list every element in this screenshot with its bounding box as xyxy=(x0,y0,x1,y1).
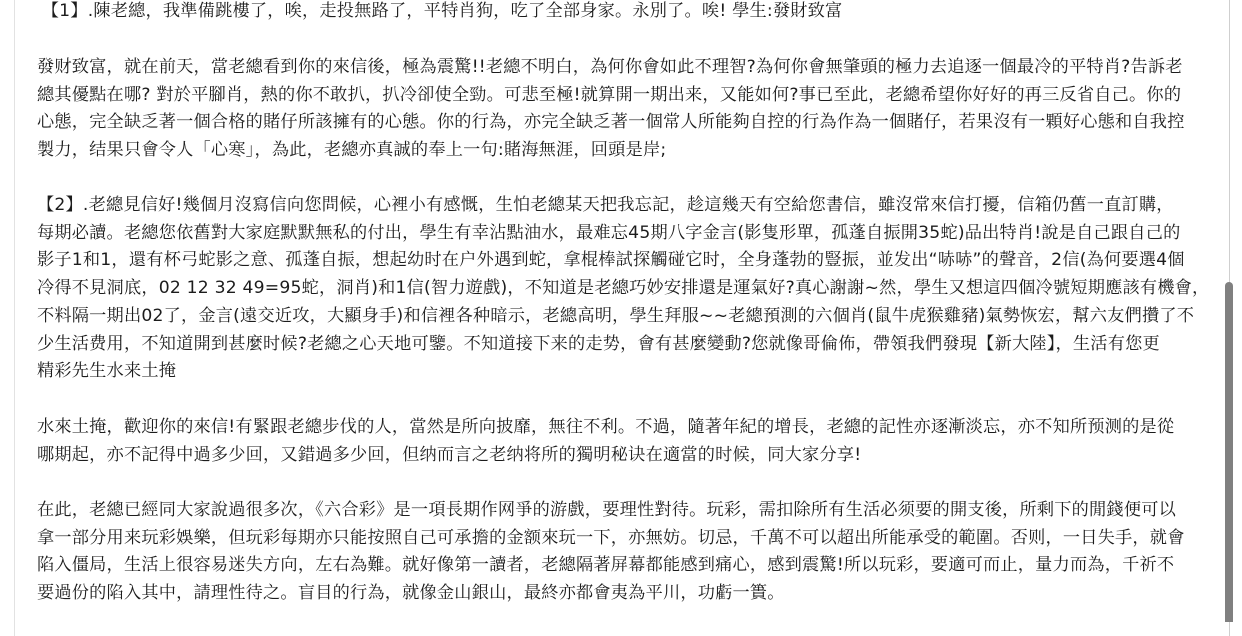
text-line: 總其優點在哪? 對於平腳肖，熱的你不敢扒，扒冷卻使全勁。可悲至極!就算開一期出来… xyxy=(37,82,1185,110)
article-panel: 【1】.陳老總，我準備跳樓了，唉，走投無路了，平特肖狗，吃了全部身家。永別了。唉… xyxy=(14,0,1230,613)
vertical-scrollbar[interactable] xyxy=(1223,0,1235,613)
text-line: 每期必讀。老總您依舊對大家庭默默無私的付出，學生有幸沾點油水，最难忘45期八字金… xyxy=(37,220,1209,248)
text-line: 在此，老總已經同大家說過很多次，《六合彩》是一項長期作网爭的游戲，要理性對待。玩… xyxy=(37,497,1185,525)
text-line: 精彩先生水来土掩 xyxy=(37,358,1209,386)
text-line: 哪期起，亦不記得中過多少回，又錯過多少回，但纳而言之老纳将所的獨明秘诀在適當的时… xyxy=(37,442,1174,470)
text-line: 影子1和1，還有杯弓蛇影之意、孤蓬自振，想起幼时在户外遇到蛇，拿棍棒試探觸碰它时… xyxy=(37,247,1209,275)
text-line: 拿一部分用来玩彩娛樂，但玩彩每期亦只能按照自己可承擔的金额來玩一下，亦無妨。切忌… xyxy=(37,525,1185,553)
text-line: 水來土掩，歡迎你的來信!有緊跟老總步伐的人，當然是所向披靡，無往不利。不過，隨著… xyxy=(37,414,1174,442)
text-line: 發财致富，就在前天，當老總看到你的來信後，極為震驚!!老總不明白，為何你會如此不… xyxy=(37,54,1185,82)
text-line: 【1】.陳老總，我準備跳樓了，唉，走投無路了，平特肖狗，吃了全部身家。永別了。唉… xyxy=(33,0,842,26)
text-line: 心態，完全缺乏著一個合格的賭仔所該擁有的心態。你的行為，亦完全缺乏著一個常人所能… xyxy=(37,109,1185,137)
paragraph-reply-1: 發财致富，就在前天，當老總看到你的來信後，極為震驚!!老總不明白，為何你會如此不… xyxy=(37,54,1185,165)
text-line: 製力，结果只會令人「心寒」，為此，老總亦真誠的奉上一句:賭海無涯，回頭是岸; xyxy=(37,137,1185,165)
paragraph-reply-2: 水來土掩，歡迎你的來信!有緊跟老總步伐的人，當然是所向披靡，無往不利。不過，隨著… xyxy=(37,414,1174,469)
text-line: 要過份的陷入其中，請理性待之。盲目的行為，就像金山銀山，最終亦都會夷為平川，功虧… xyxy=(37,580,1185,608)
paragraph-letter-1: 【1】.陳老總，我準備跳樓了，唉，走投無路了，平特肖狗，吃了全部身家。永別了。唉… xyxy=(37,0,842,26)
text-line: 陷入僵局，生活上很容易迷失方向，左右為難。就好像第一讀者，老總隔著屏幕都能感到痛… xyxy=(37,552,1185,580)
text-line: 不料隔一期出02了，金言(遠交近攻，大顯身手)和信裡各种暗示，老總高明，學生拜服… xyxy=(37,303,1209,331)
text-line: 【2】.老總見信好!幾個月沒寫信向您問候，心裡小有感慨，生怕老總某天把我忘記，趁… xyxy=(37,192,1209,220)
page: 【1】.陳老總，我準備跳樓了，唉，走投無路了，平特肖狗，吃了全部身家。永別了。唉… xyxy=(0,0,1242,613)
paragraph-advice: 在此，老總已經同大家說過很多次，《六合彩》是一項長期作网爭的游戲，要理性對待。玩… xyxy=(37,497,1185,608)
scrollbar-thumb[interactable] xyxy=(1225,282,1233,613)
text-line: 少生活费用，不知道開到甚麼时候?老總之心天地可鑒。不知道接下来的走势，會有甚麼變… xyxy=(37,331,1209,359)
paragraph-letter-2: 【2】.老總見信好!幾個月沒寫信向您問候，心裡小有感慨，生怕老總某天把我忘記，趁… xyxy=(37,192,1209,386)
text-line: 冷得不見洞底，02 12 32 49=95蛇，洞肖)和1信(智力遊戲)，不知道是… xyxy=(37,275,1209,303)
